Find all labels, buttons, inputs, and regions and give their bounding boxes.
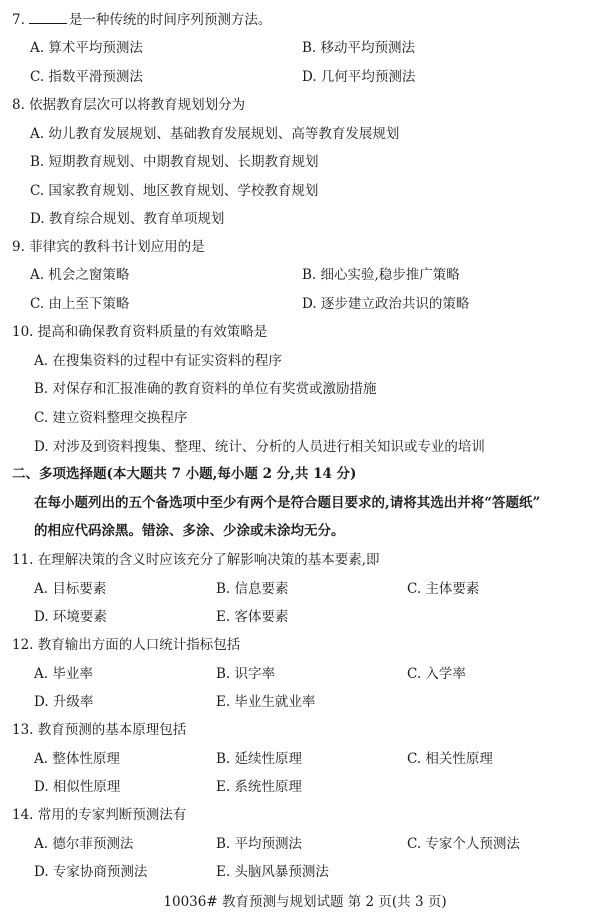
q14-option-b: B. 平均预测法 bbox=[216, 835, 302, 853]
q7-option-a: A. 算术平均预测法 bbox=[30, 39, 143, 57]
q11-option-a: A. 目标要素 bbox=[34, 580, 106, 598]
q9-option-a: A. 机会之窗策略 bbox=[30, 266, 129, 284]
q13-option-b: B. 延续性原理 bbox=[216, 750, 302, 768]
q11-option-c: C. 主体要素 bbox=[407, 580, 479, 598]
q11-option-d: D. 环境要素 bbox=[34, 608, 107, 626]
q14-option-e: E. 头脑风暴预测法 bbox=[216, 863, 329, 881]
question-10-stem: 10. 提高和确保教育资料质量的有效策略是 bbox=[12, 323, 267, 341]
question-12-stem: 12. 教育输出方面的人口统计指标包括 bbox=[12, 636, 240, 654]
q14-option-a: A. 德尔菲预测法 bbox=[34, 835, 133, 853]
q12-option-e: E. 毕业生就业率 bbox=[216, 693, 315, 711]
q13-option-d: D. 相似性原理 bbox=[34, 778, 120, 796]
q14-option-c: C. 专家个人预测法 bbox=[407, 835, 520, 853]
q8-option-b: B. 短期教育规划、中期教育规划、长期教育规划 bbox=[30, 153, 319, 171]
question-8-stem: 8. 依据教育层次可以将教育规划划分为 bbox=[12, 96, 245, 114]
q11-option-e: E. 客体要素 bbox=[216, 608, 288, 626]
q9-option-c: C. 由上至下策略 bbox=[30, 295, 129, 313]
fill-in-blank bbox=[29, 11, 67, 24]
q13-option-a: A. 整体性原理 bbox=[34, 750, 120, 768]
q8-option-d: D. 教育综合规划、教育单项规划 bbox=[30, 210, 224, 228]
question-text: 是一种传统的时间序列预测方法。 bbox=[69, 12, 272, 28]
q13-option-e: E. 系统性原理 bbox=[216, 778, 302, 796]
q10-option-b: B. 对保存和汇报准确的教育资料的单位有奖赏或激励措施 bbox=[34, 380, 377, 398]
q14-option-d: D. 专家协商预测法 bbox=[34, 863, 147, 881]
q8-option-c: C. 国家教育规划、地区教育规划、学校教育规划 bbox=[30, 182, 318, 200]
q7-option-d: D. 几何平均预测法 bbox=[302, 68, 415, 86]
question-14-stem: 14. 常用的专家判断预测法有 bbox=[12, 806, 186, 824]
question-7-stem: 7.是一种传统的时间序列预测方法。 bbox=[12, 11, 271, 29]
section-heading: 二、多项选择题(本大题共 7 小题,每小题 2 分,共 14 分) bbox=[12, 465, 356, 483]
question-number: 7. bbox=[12, 12, 25, 28]
section-instruction-line2: 的相应代码涂黑。错涂、多涂、少涂或未涂均无分。 bbox=[34, 522, 345, 540]
q8-option-a: A. 幼儿教育发展规划、基础教育发展规划、高等教育发展规划 bbox=[30, 125, 399, 143]
question-13-stem: 13. 教育预测的基本原理包括 bbox=[12, 721, 186, 739]
q9-option-b: B. 细心实验,稳步推广策略 bbox=[302, 266, 460, 284]
page-footer: 10036# 教育预测与规划试题 第 2 页(共 3 页) bbox=[0, 893, 610, 911]
question-11-stem: 11. 在理解决策的含义时应该充分了解影响决策的基本要素,即 bbox=[12, 551, 380, 569]
section-instruction-line1: 在每小题列出的五个备选项中至少有两个是符合题目要求的,请将其选出并将“答题纸” bbox=[34, 494, 540, 512]
q9-option-d: D. 逐步建立政治共识的策略 bbox=[302, 295, 469, 313]
q11-option-b: B. 信息要素 bbox=[216, 580, 289, 598]
q13-option-c: C. 相关性原理 bbox=[407, 750, 493, 768]
q10-option-d: D. 对涉及到资料搜集、整理、统计、分析的人员进行相关知识或专业的培训 bbox=[34, 438, 485, 456]
q12-option-b: B. 识字率 bbox=[216, 665, 275, 683]
q7-option-b: B. 移动平均预测法 bbox=[302, 39, 415, 57]
q12-option-c: C. 入学率 bbox=[407, 665, 466, 683]
q12-option-a: A. 毕业率 bbox=[34, 665, 93, 683]
q10-option-a: A. 在搜集资料的过程中有证实资料的程序 bbox=[34, 352, 282, 370]
q12-option-d: D. 升级率 bbox=[34, 693, 93, 711]
q7-option-c: C. 指数平滑预测法 bbox=[30, 68, 143, 86]
q10-option-c: C. 建立资料整理交换程序 bbox=[34, 409, 187, 427]
question-9-stem: 9. 菲律宾的教科书计划应用的是 bbox=[12, 238, 205, 256]
